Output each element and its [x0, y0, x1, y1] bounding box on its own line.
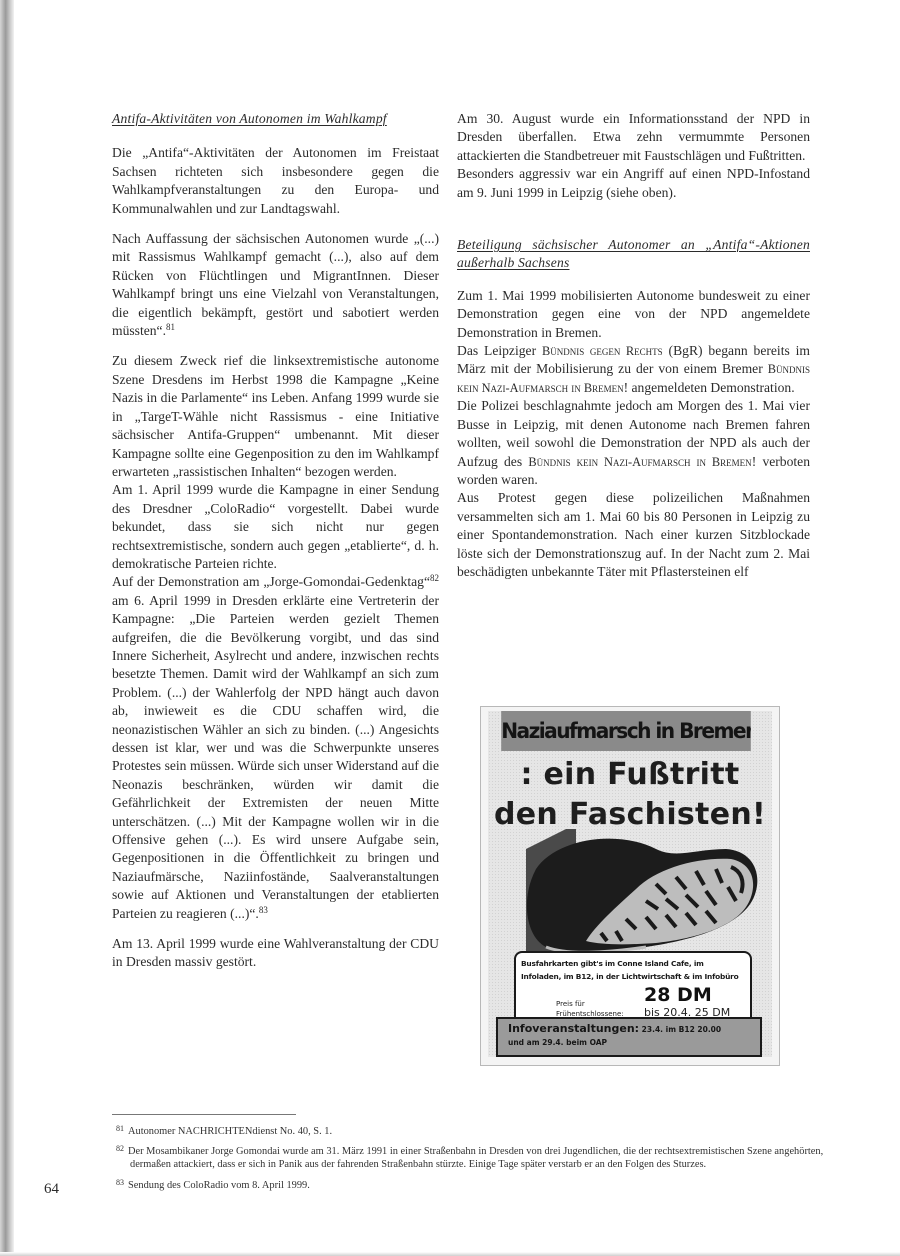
paragraph: Am 13. April 1999 wurde eine Wahlveranst… — [112, 935, 439, 972]
paragraph-text: Auf der Demonstration am „Jorge-Gomondai… — [112, 574, 430, 589]
footnotes: 81Autonomer NACHRICHTENdienst No. 40, S.… — [116, 1122, 826, 1196]
paragraph: Das Leipziger Bündnis gegen Rechts (BgR)… — [457, 342, 810, 397]
poster-events-line1: Infoveranstaltungen: 23.4. im B12 20.00 — [508, 1022, 721, 1035]
footnote-text: Autonomer NACHRICHTENdienst No. 40, S. 1… — [128, 1126, 332, 1137]
page-bottom-edge — [0, 1252, 900, 1256]
footnote-ref[interactable]: 82 — [430, 573, 439, 583]
poster-slogan-line1: : ein Fußtritt — [488, 757, 772, 792]
footnote-divider — [112, 1114, 296, 1115]
footnote-number: 81 — [116, 1124, 124, 1133]
poster-ticket-info-box: Busfahrkarten gibt's im Conne Island Caf… — [514, 951, 752, 1027]
paragraph-text: am 6. April 1999 in Dresden erklärte ein… — [112, 593, 439, 921]
poster-text: Infoveranstaltungen: — [508, 1022, 639, 1035]
paragraph: Aus Protest gegen diese polizeilichen Ma… — [457, 489, 810, 581]
footnote-ref[interactable]: 83 — [259, 905, 268, 915]
page-number: 64 — [44, 1181, 59, 1198]
poster-price: 28 DM — [644, 984, 712, 1006]
left-column: Antifa-Aktivitäten von Autonomen im Wahl… — [112, 110, 439, 972]
paragraph: Auf der Demonstration am „Jorge-Gomondai… — [112, 573, 439, 923]
footnote-number: 83 — [116, 1178, 124, 1187]
poster-text: 23.4. im B12 20.00 — [639, 1025, 721, 1034]
poster-banner: Naziaufmarsch in Bremen verhindern! — [501, 711, 751, 751]
organization-name: Bündnis kein Nazi-Aufmarsch in Bremen — [528, 455, 751, 469]
book-spine-shadow — [0, 0, 14, 1256]
boot-sole-icon — [506, 829, 766, 957]
paragraph: Zum 1. Mai 1999 mobilisierten Autonome b… — [457, 287, 810, 342]
right-column: Am 30. August wurde ein Informationsstan… — [457, 110, 810, 581]
paragraph-text: Nach Auffassung der sächsischen Autonome… — [112, 231, 439, 338]
protest-poster-image: Naziaufmarsch in Bremen verhindern! : ei… — [480, 706, 780, 1066]
section-heading-ausserhalb-sachsens: Beteiligung sächsischer Autonomer an „An… — [457, 236, 810, 273]
footnote-81: 81Autonomer NACHRICHTENdienst No. 40, S.… — [116, 1122, 826, 1138]
poster-body: Naziaufmarsch in Bremen verhindern! : ei… — [488, 711, 772, 1057]
poster-ticket-locations: Busfahrkarten gibt's im Conne Island Caf… — [521, 957, 749, 983]
organization-name: Bündnis gegen Rechts — [542, 344, 663, 358]
section-heading-wahlkampf: Antifa-Aktivitäten von Autonomen im Wahl… — [112, 110, 439, 128]
footnote-ref[interactable]: 81 — [166, 322, 175, 332]
poster-slogan-line2: den Faschisten! — [488, 797, 772, 832]
paragraph: Besonders aggressiv war ein Angriff auf … — [457, 165, 810, 202]
poster-early-price-label: Preis für Frühentschlossene: — [556, 999, 624, 1019]
poster-events-box: Infoveranstaltungen: 23.4. im B12 20.00 … — [496, 1017, 762, 1057]
poster-events-line2: und am 29.4. beim OAP — [508, 1038, 607, 1047]
paragraph: Am 30. August wurde ein Informationsstan… — [457, 110, 810, 165]
paragraph: Zu diesem Zweck rief die linksextremisti… — [112, 352, 439, 481]
paragraph: Die Polizei beschlagnahmte jedoch am Mor… — [457, 397, 810, 489]
paragraph-text: Das Leipziger — [457, 343, 542, 358]
paragraph: Am 1. April 1999 wurde die Kampagne in e… — [112, 481, 439, 573]
paragraph-text: ! angemeldeten Demonstration. — [624, 380, 795, 395]
footnote-text: Sendung des ColoRadio vom 8. April 1999. — [128, 1180, 310, 1191]
poster-text: Infoladen, im B12, in der Lichtwirtschaf… — [521, 970, 749, 983]
footnote-82: 82Der Mosambikaner Jorge Gomondai wurde … — [116, 1142, 830, 1171]
footnote-number: 82 — [116, 1144, 124, 1153]
footnote-text: Der Mosambikaner Jorge Gomondai wurde am… — [128, 1146, 823, 1170]
footnote-83: 83Sendung des ColoRadio vom 8. April 199… — [116, 1176, 826, 1192]
poster-text: Busfahrkarten gibt's im Conne Island Caf… — [521, 957, 749, 970]
paragraph: Nach Auffassung der sächsischen Autonome… — [112, 230, 439, 340]
paragraph: Die „Antifa“-Aktivitäten der Autonomen i… — [112, 144, 439, 218]
poster-text: Preis für — [556, 999, 624, 1009]
